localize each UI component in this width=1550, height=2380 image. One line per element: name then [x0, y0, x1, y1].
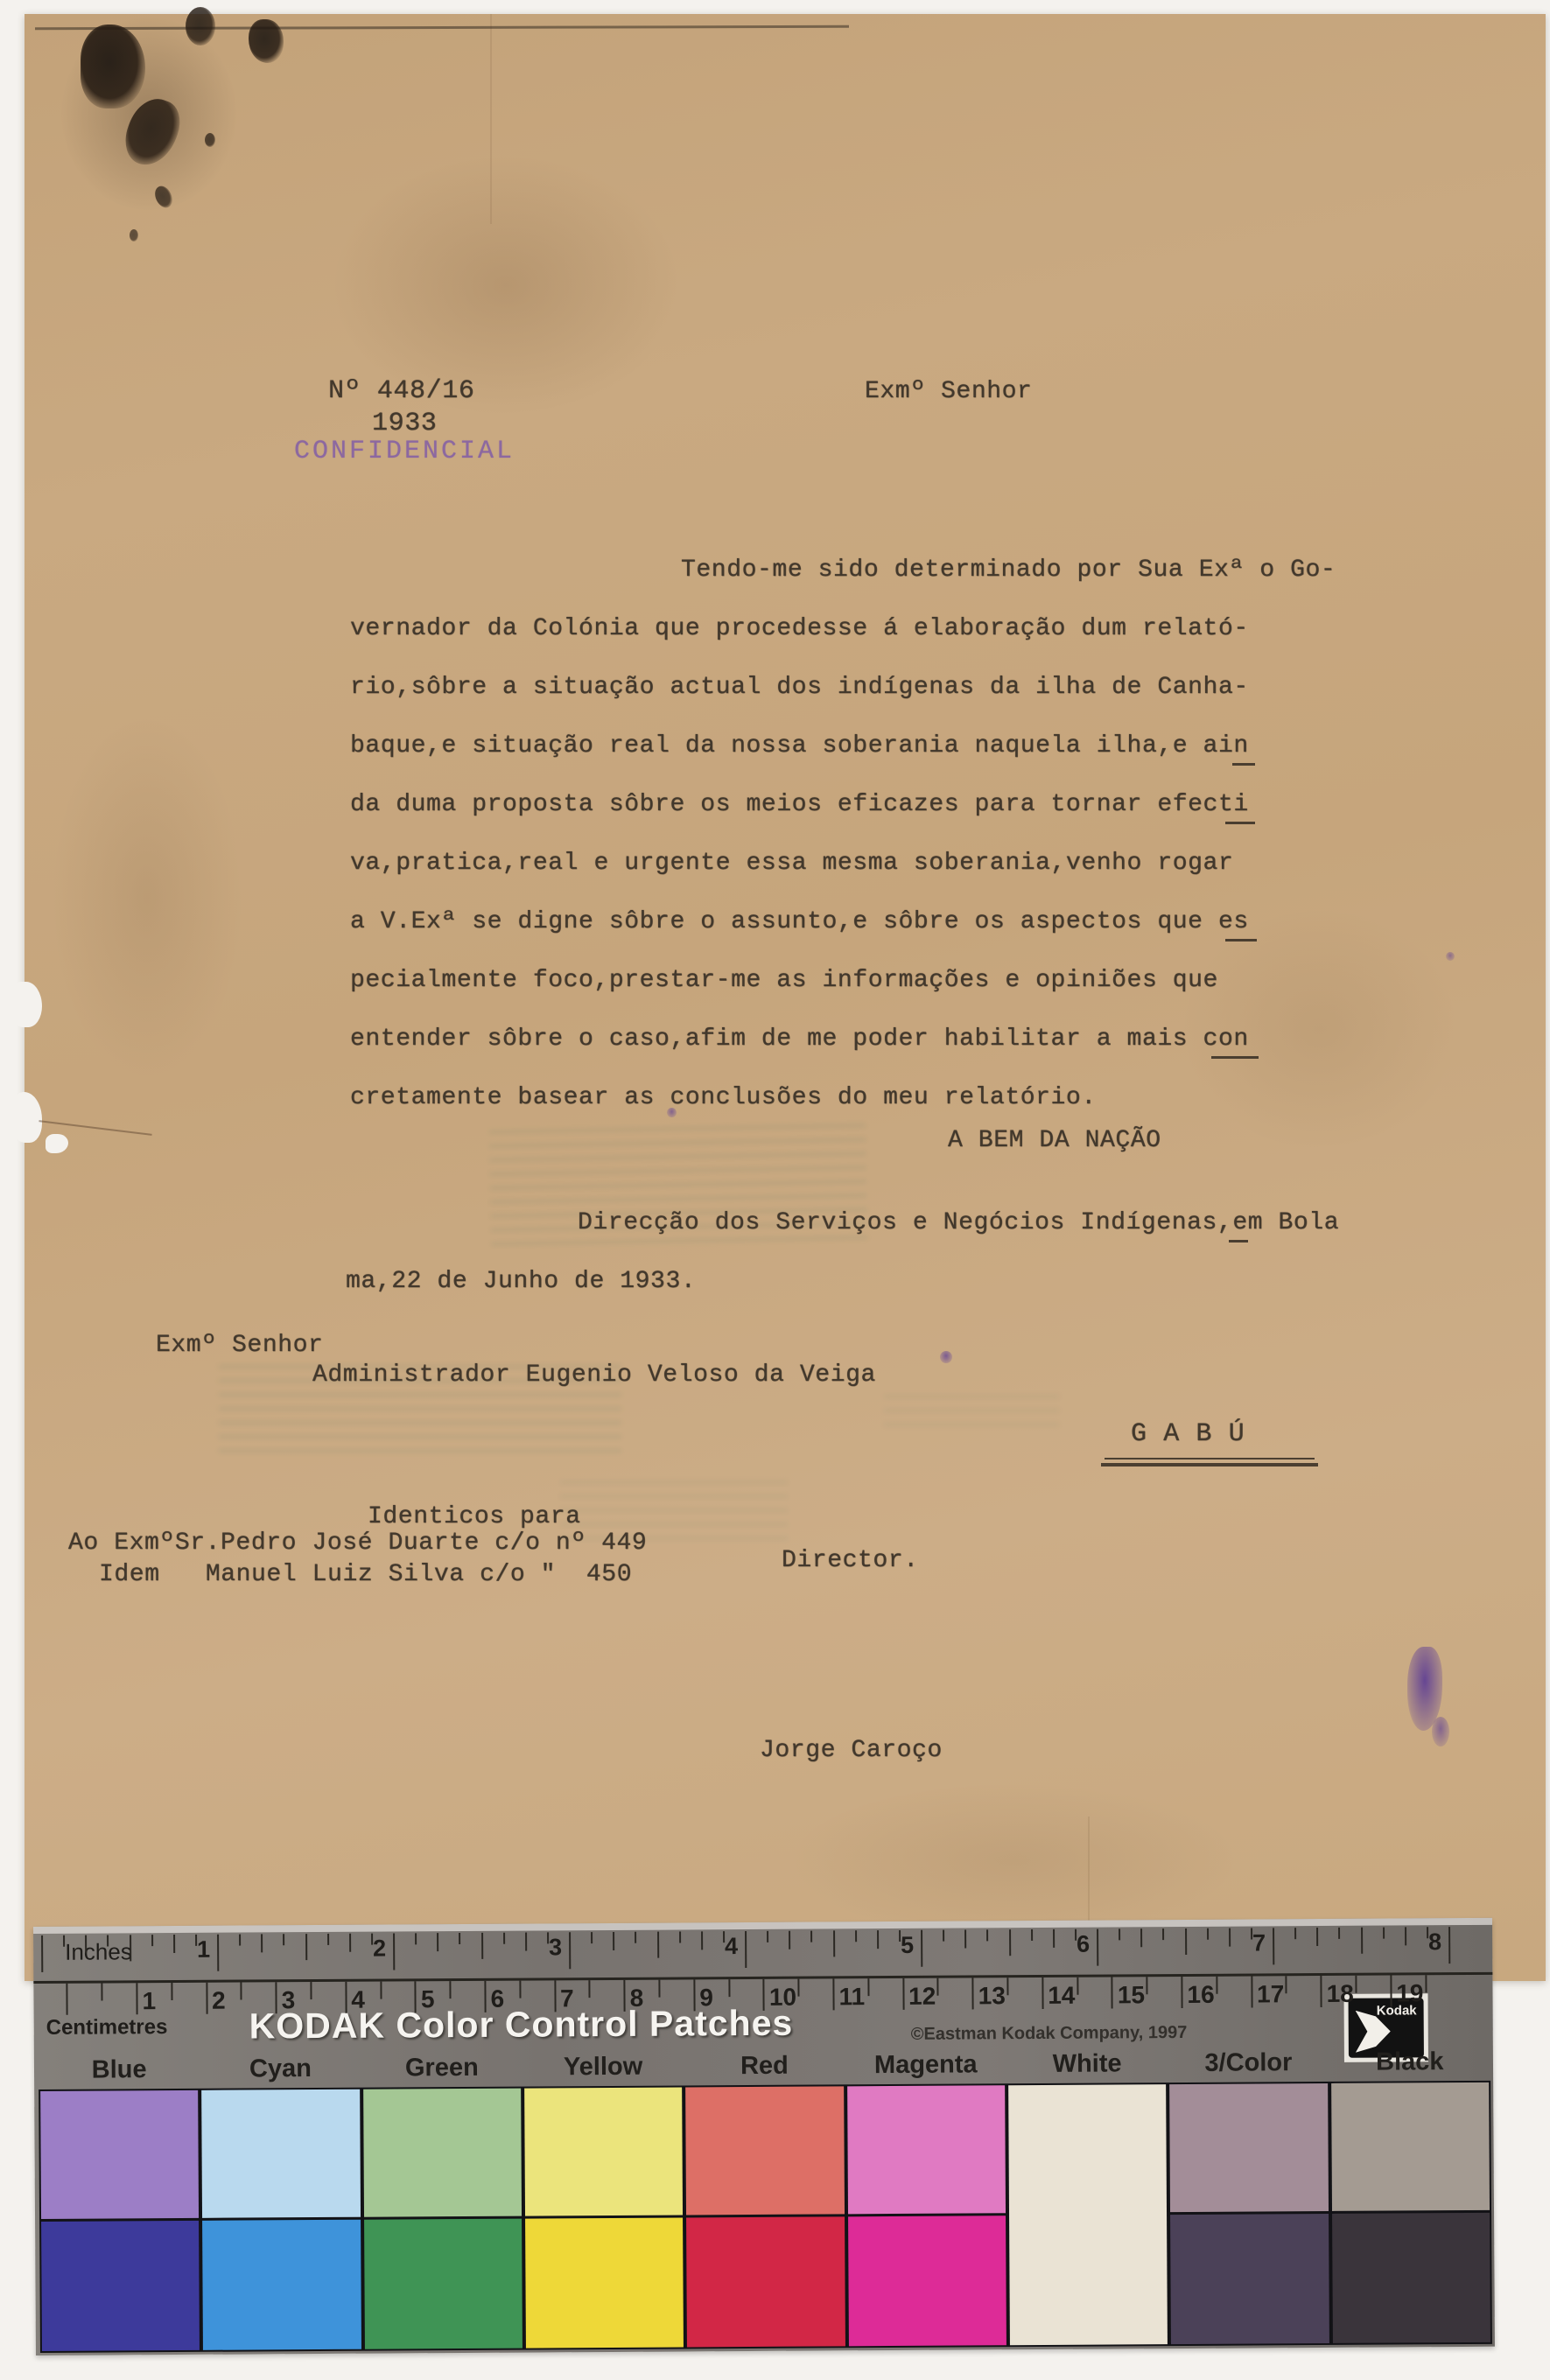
ghost-text-smudge	[884, 1389, 1059, 1426]
patch-yellow-saturated	[525, 2217, 684, 2348]
cc-header: Identicos para	[368, 1503, 581, 1530]
tick	[503, 1933, 505, 1944]
patch-label-blue: Blue	[39, 2055, 200, 2085]
tick	[767, 1931, 768, 1942]
tick	[519, 1981, 521, 1998]
cm-number: 4	[351, 1986, 365, 2014]
tick	[206, 1983, 207, 2014]
date-line: ma,22 de Junho de 1933.	[346, 1268, 696, 1295]
inch-number: 8	[1413, 1928, 1441, 1956]
tick	[415, 1981, 417, 2012]
tick	[349, 1934, 351, 1952]
tick	[986, 1929, 988, 1941]
tick	[789, 1931, 790, 1949]
cm-number: 2	[212, 1987, 226, 2015]
cm-number: 8	[630, 1984, 644, 2012]
tick	[943, 1930, 944, 1942]
inches-label: Inches	[65, 1938, 132, 1965]
cm-number: 13	[978, 1982, 1006, 2010]
tick	[937, 1978, 939, 1996]
tick	[305, 1934, 307, 1960]
patch-magenta-light	[847, 2085, 1006, 2214]
place-underline	[1105, 1458, 1315, 1459]
tick	[701, 1931, 703, 1949]
underline-mark	[1232, 763, 1255, 766]
patch-cyan-light	[201, 2089, 360, 2218]
patch-cyan-saturated	[202, 2220, 361, 2350]
signature: Jorge Caroço	[760, 1737, 943, 1764]
tick	[1140, 1928, 1142, 1947]
body-line: rio,sôbre a situação actual dos indígena…	[350, 674, 1249, 701]
tick	[658, 1980, 660, 1998]
reference-year: 1933	[372, 409, 437, 438]
inch-number: 1	[182, 1936, 210, 1963]
body-line: entender sôbre o caso,afim de me poder h…	[350, 1025, 1249, 1053]
letter-paper	[25, 14, 1546, 1981]
tick	[1448, 1927, 1450, 1963]
inch-number: 3	[534, 1934, 562, 1961]
tick	[728, 1979, 730, 1997]
salutation-bottom: Exmº Senhor	[156, 1332, 323, 1359]
tick	[1216, 1977, 1217, 1994]
tick	[613, 1932, 614, 1950]
cm-number: 17	[1257, 1980, 1284, 2008]
patch-label-magenta: Magenta	[845, 2050, 1006, 2080]
centimetres-label: Centimetres	[46, 2015, 168, 2040]
tick	[1316, 1928, 1318, 1946]
patch-magenta-saturated	[848, 2215, 1006, 2346]
tick	[85, 1935, 87, 1954]
tick	[921, 1930, 922, 1967]
inch-number: 5	[886, 1932, 914, 1959]
tick	[241, 1983, 242, 2000]
purple-ink-speck	[1432, 1717, 1449, 1746]
tick	[217, 1935, 219, 1971]
patch-black-light	[1331, 2082, 1490, 2211]
addressee-name: Administrador Eugenio Veloso da Veiga	[312, 1361, 876, 1389]
tick	[1286, 1976, 1287, 1993]
tick	[1273, 1928, 1274, 1964]
tick	[151, 1935, 153, 1946]
inch-number: 4	[710, 1933, 738, 1960]
tick	[833, 1930, 835, 1956]
tick	[1077, 1977, 1078, 1995]
cm-number: 10	[769, 1984, 796, 2012]
tick	[1181, 1977, 1182, 2008]
cm-number: 7	[560, 1984, 574, 2012]
patch-label-yellow: Yellow	[523, 2052, 684, 2082]
tick	[554, 1980, 556, 2012]
tick	[1321, 1976, 1322, 2007]
cm-number: 18	[1327, 1980, 1354, 2008]
tick	[1361, 1928, 1363, 1954]
body-line: Tendo-me sido determinado por Sua Exª o …	[681, 556, 1336, 584]
tick	[261, 1934, 263, 1952]
body-line: a V.Exª se digne sôbre o assunto,e sôbre…	[350, 908, 1249, 935]
underline-mark	[1211, 1056, 1259, 1059]
patch-red-light	[685, 2086, 844, 2215]
tick	[745, 1931, 747, 1968]
cm-number: 3	[282, 1986, 296, 2014]
kodak-copyright: ©Eastman Kodak Company, 1997	[911, 2023, 1188, 2045]
purple-ink-speck	[940, 1351, 952, 1363]
tick	[679, 1931, 681, 1942]
tick	[459, 1933, 460, 1944]
tick	[1425, 1975, 1427, 1992]
patch-label-black: Black	[1329, 2047, 1490, 2077]
tick	[1009, 1929, 1011, 1956]
cc-line-1: Ao ExmºSr.Pedro José Duarte c/o nº 449	[68, 1529, 647, 1557]
purple-ink-speck	[1446, 952, 1455, 961]
cm-number: 1	[142, 1987, 156, 2015]
cc-line-2: Idem Manuel Luiz Silva c/o " 450	[99, 1561, 632, 1588]
ink-speck	[205, 133, 215, 147]
tick	[810, 1931, 812, 1942]
body-line: va,pratica,real e urgente essa mesma sob…	[350, 850, 1233, 877]
underline-mark	[1225, 822, 1255, 824]
tick	[327, 1934, 329, 1945]
patch-label-3/color: 3/Color	[1168, 2048, 1329, 2078]
tick	[1119, 1928, 1120, 1940]
reference-number: Nº 448/16	[328, 376, 474, 406]
tick	[1162, 1928, 1164, 1940]
classification-stamp: CONFIDENCIAL	[294, 437, 515, 466]
patch-green-saturated	[364, 2219, 523, 2349]
tick	[171, 1983, 172, 2000]
patch-blue-saturated	[41, 2221, 200, 2351]
inch-number: 2	[358, 1935, 386, 1963]
tick	[1185, 1928, 1187, 1955]
underline-mark	[1225, 939, 1257, 941]
ink-blot	[186, 7, 215, 45]
patch-label-white: White	[1006, 2049, 1168, 2079]
patch-white	[1008, 2084, 1168, 2345]
tick	[345, 1982, 347, 2013]
tick	[972, 1977, 974, 2009]
tick	[41, 1935, 43, 1972]
tick	[136, 1983, 137, 2014]
tick	[1097, 1929, 1098, 1966]
tick	[484, 1981, 486, 2012]
office-and-place-line: Direcção dos Serviços e Negócios Indígen…	[578, 1209, 1339, 1236]
patch-label-red: Red	[684, 2051, 845, 2081]
tick	[1355, 1976, 1357, 1993]
scanned-document-page: Nº 448/16 1933 CONFIDENCIAL Exmº Senhor …	[0, 0, 1550, 2380]
cm-number: 9	[699, 1984, 713, 2012]
tick	[1229, 1928, 1231, 1947]
tick	[283, 1934, 284, 1945]
kodak-strip: Inches Centimetres KODAK Color Control P…	[33, 1918, 1495, 2355]
cc-role: Director.	[782, 1547, 919, 1574]
place-name: G A B Ú	[1131, 1419, 1245, 1449]
tick	[1294, 1928, 1296, 1939]
cm-number: 14	[1048, 1982, 1075, 2010]
tick	[877, 1930, 879, 1949]
tick	[1390, 1976, 1392, 2007]
cm-number: 15	[1118, 1981, 1145, 2009]
tick	[481, 1933, 483, 1959]
tick	[867, 1978, 869, 1996]
tick	[393, 1933, 395, 1970]
patch-label-green: Green	[361, 2054, 523, 2083]
tick	[310, 1982, 312, 1999]
patch-3/color-light	[1169, 2083, 1328, 2212]
color-patch-grid	[39, 2081, 1492, 2353]
motto: A BEM DA NAÇÃO	[948, 1127, 1161, 1154]
body-line: baque,e situação real da nossa soberania…	[350, 732, 1249, 759]
tick	[107, 1935, 109, 1946]
patch-red-saturated	[686, 2216, 845, 2347]
tick	[1053, 1929, 1055, 1948]
tick	[67, 1984, 68, 2015]
ink-blot	[81, 24, 145, 108]
paper-crease	[490, 14, 492, 224]
patch-blue-light	[40, 2090, 199, 2219]
patch-label-cyan: Cyan	[200, 2054, 361, 2084]
salutation-top: Exmº Senhor	[865, 378, 1032, 405]
cm-number: 16	[1187, 1981, 1214, 2009]
tick	[525, 1933, 527, 1951]
cm-number: 19	[1396, 1979, 1423, 2007]
paper-stain	[51, 714, 243, 1081]
tick	[380, 1982, 382, 1999]
tick	[450, 1981, 452, 1998]
patch-3/color-saturated	[1170, 2214, 1329, 2344]
cm-number: 11	[838, 1983, 865, 2011]
tick	[1112, 1977, 1113, 2008]
tick	[437, 1933, 438, 1951]
paper-tear	[12, 982, 42, 1027]
tick	[657, 1932, 659, 1958]
tick	[63, 1935, 65, 1947]
tick	[1207, 1928, 1209, 1940]
tick	[569, 1932, 571, 1969]
tick	[591, 1932, 593, 1943]
tick	[1251, 1976, 1252, 2007]
patch-black-saturated	[1332, 2213, 1490, 2343]
body-line: pecialmente foco,prestar-me as informaçõ…	[350, 967, 1218, 994]
tick	[798, 1979, 800, 1997]
patch-green-light	[363, 2089, 522, 2217]
tick	[624, 1980, 626, 2012]
patch-yellow-light	[524, 2087, 683, 2215]
ink-blot	[249, 19, 284, 63]
tick	[1405, 1927, 1406, 1945]
tick	[276, 1982, 277, 2013]
tick	[239, 1935, 241, 1946]
body-line: vernador da Colónia que procedesse á ela…	[350, 615, 1249, 642]
tick	[1042, 1977, 1043, 2009]
tick	[635, 1932, 636, 1943]
tick	[1338, 1928, 1340, 1939]
tick	[589, 1980, 591, 1998]
place-underline	[1101, 1463, 1318, 1466]
tick	[693, 1979, 695, 2011]
underline-mark	[1229, 1240, 1248, 1242]
body-line: cretamente basear as conclusões do meu r…	[350, 1084, 1097, 1111]
cm-number: 6	[490, 1985, 504, 2013]
inch-number: 6	[1062, 1931, 1090, 1958]
body-line: da duma proposta sôbre os meios eficazes…	[350, 791, 1249, 818]
inch-number: 7	[1238, 1929, 1266, 1956]
tick	[1147, 1977, 1148, 1994]
tick	[902, 1978, 904, 2010]
tick	[964, 1929, 966, 1948]
cm-number: 12	[908, 1983, 936, 2011]
tick	[855, 1930, 857, 1942]
tick	[1383, 1928, 1385, 1939]
tick	[1031, 1929, 1033, 1941]
paper-stain	[786, 1781, 1241, 1939]
cm-number: 5	[421, 1985, 435, 2013]
tick	[102, 1984, 103, 2001]
tick	[832, 1978, 834, 2010]
tick	[130, 1935, 131, 1961]
tick	[173, 1935, 175, 1953]
tick	[763, 1979, 765, 2011]
tick	[415, 1933, 417, 1944]
ink-speck	[130, 229, 138, 241]
tick	[1006, 1977, 1008, 1995]
